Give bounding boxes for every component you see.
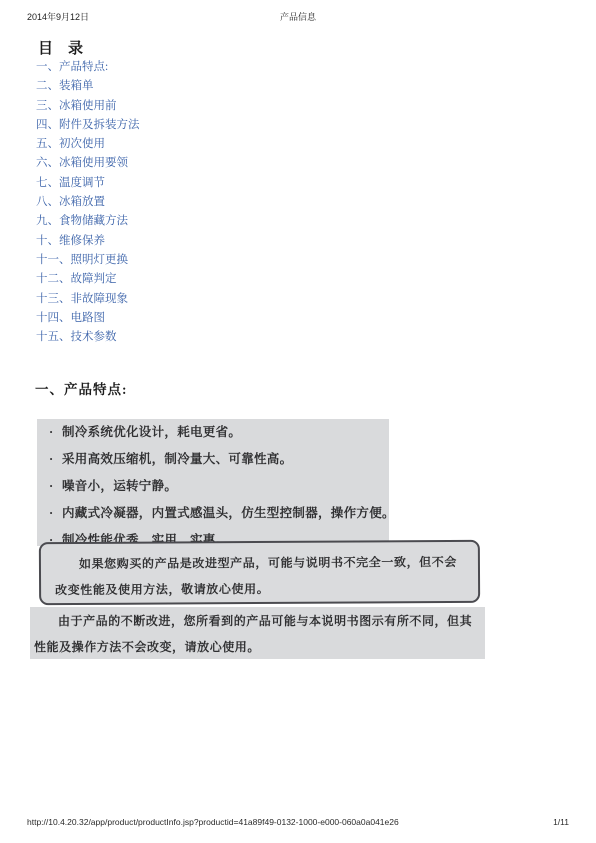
toc-link-maintenance[interactable]: 十、维修保养 [36, 232, 140, 251]
section-heading-product-features: 一、产品特点: [35, 378, 128, 398]
toc-link-packing-list[interactable]: 二、装箱单 [36, 77, 140, 96]
toc-link-fault-judgement[interactable]: 十二、故障判定 [36, 270, 140, 289]
toc-link-tech-specs[interactable]: 十五、技术参数 [36, 328, 140, 347]
scanned-notice-background: 由于产品的不断改进，您所看到的产品可能与本说明书图示有所不同，但其性能及操作方法… [30, 607, 485, 659]
feature-text: 制冷系统优化设计，耗电更省。 [62, 425, 241, 439]
improvement-notice-box: 如果您购买的产品是改进型产品，可能与说明书不完全一致，但不会改变性能及使用方法，… [39, 540, 480, 605]
toc-link-temperature[interactable]: 七、温度调节 [36, 174, 140, 193]
feature-item: ·噪音小，运转宁静。 [49, 473, 469, 500]
bullet-dot-icon: · [49, 473, 62, 500]
toc-link-non-fault[interactable]: 十三、非故障现象 [36, 290, 140, 309]
toc-link-placement[interactable]: 八、冰箱放置 [36, 193, 140, 212]
feature-text: 采用高效压缩机，制冷量大、可靠性高。 [62, 452, 292, 466]
toc-link-product-features[interactable]: 一、产品特点: [36, 58, 140, 77]
table-of-contents: 一、产品特点: 二、装箱单 三、冰箱使用前 四、附件及拆装方法 五、初次使用 六… [36, 58, 140, 347]
feature-item: ·采用高效压缩机，制冷量大、可靠性高。 [49, 446, 469, 473]
toc-link-lamp-replacement[interactable]: 十一、照明灯更换 [36, 251, 140, 270]
bullet-dot-icon: · [49, 419, 62, 446]
continuous-improvement-text: 由于产品的不断改进，您所看到的产品可能与本说明书图示有所不同，但其性能及操作方法… [30, 607, 485, 660]
print-document-title: 产品信息 [0, 10, 596, 23]
toc-heading: 目 录 [38, 37, 83, 58]
toc-link-before-use[interactable]: 三、冰箱使用前 [36, 97, 140, 116]
bullet-dot-icon: · [49, 500, 62, 527]
feature-item: ·内藏式冷凝器，内置式感温头，仿生型控制器，操作方便。 [49, 500, 469, 527]
feature-bullet-list: ·制冷系统优化设计，耗电更省。 ·采用高效压缩机，制冷量大、可靠性高。 ·噪音小… [49, 419, 469, 554]
printed-page: 2014年9月12日 产品信息 目 录 一、产品特点: 二、装箱单 三、冰箱使用… [0, 0, 596, 843]
toc-link-accessories[interactable]: 四、附件及拆装方法 [36, 116, 140, 135]
improvement-notice-text: 如果您购买的产品是改进型产品，可能与说明书不完全一致，但不会改变性能及使用方法，… [41, 542, 478, 603]
feature-item: ·制冷系统优化设计，耗电更省。 [49, 419, 469, 446]
print-page-number: 1/11 [553, 817, 569, 827]
feature-text: 内藏式冷凝器，内置式感温头，仿生型控制器，操作方便。 [62, 506, 395, 520]
toc-link-food-storage[interactable]: 九、食物储藏方法 [36, 212, 140, 231]
feature-text: 噪音小，运转宁静。 [62, 479, 177, 493]
toc-link-first-use[interactable]: 五、初次使用 [36, 135, 140, 154]
bullet-dot-icon: · [49, 446, 62, 473]
toc-link-circuit-diagram[interactable]: 十四、电路图 [36, 309, 140, 328]
toc-link-usage-essentials[interactable]: 六、冰箱使用要领 [36, 154, 140, 173]
print-source-url: http://10.4.20.32/app/product/productInf… [27, 817, 399, 827]
